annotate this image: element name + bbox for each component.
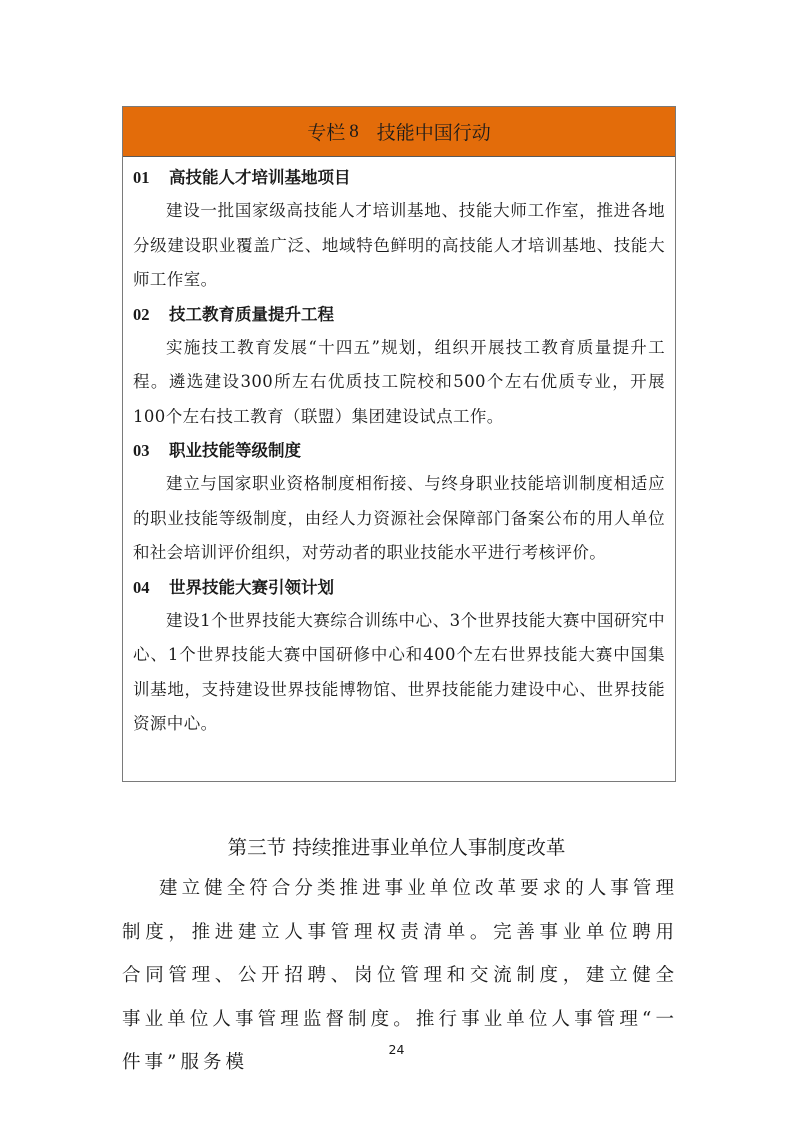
- item-title-text: 高技能人才培训基地项目: [169, 161, 351, 194]
- item-code: 01: [133, 161, 169, 194]
- item-code: 03: [133, 434, 169, 467]
- feature-box: 专栏 8 技能中国行动 01 高技能人才培训基地项目 建设一批国家级高技能人才培…: [122, 106, 676, 782]
- item-title: 01 高技能人才培训基地项目: [133, 161, 665, 194]
- feature-box-number: 8: [349, 121, 359, 143]
- item-title-text: 技工教育质量提升工程: [169, 298, 334, 331]
- item-title-text: 职业技能等级制度: [169, 434, 301, 467]
- item-text: 建设1个世界技能大赛综合训练中心、3个世界技能大赛中国研究中心、1个世界技能大赛…: [133, 604, 665, 742]
- page-number: 24: [0, 1042, 793, 1057]
- item-title: 02 技工教育质量提升工程: [133, 298, 665, 331]
- feature-box-header: 专栏 8 技能中国行动: [123, 107, 675, 157]
- box-item: 03 职业技能等级制度 建立与国家职业资格制度相衔接、与终身职业技能培训制度相适…: [133, 434, 665, 571]
- box-item: 01 高技能人才培训基地项目 建设一批国家级高技能人才培训基地、技能大师工作室，…: [133, 161, 665, 298]
- item-text: 建设一批国家级高技能人才培训基地、技能大师工作室，推进各地分级建设职业覆盖广泛、…: [133, 194, 665, 298]
- item-code: 02: [133, 298, 169, 331]
- item-text: 建立与国家职业资格制度相衔接、与终身职业技能培训制度相适应的职业技能等级制度，由…: [133, 467, 665, 571]
- item-title-text: 世界技能大赛引领计划: [169, 571, 334, 604]
- item-code: 04: [133, 571, 169, 604]
- item-text: 实施技工教育发展“十四五”规划，组织开展技工教育质量提升工程。遴选建设300所左…: [133, 331, 665, 435]
- section-heading: 第三节 持续推进事业单位人事制度改革: [0, 832, 793, 860]
- feature-box-body: 01 高技能人才培训基地项目 建设一批国家级高技能人才培训基地、技能大师工作室，…: [123, 157, 675, 742]
- feature-box-title: 技能中国行动: [377, 118, 491, 145]
- item-title: 03 职业技能等级制度: [133, 434, 665, 467]
- feature-box-prefix: 专栏: [307, 118, 345, 145]
- box-item: 02 技工教育质量提升工程 实施技工教育发展“十四五”规划，组织开展技工教育质量…: [133, 298, 665, 435]
- item-title: 04 世界技能大赛引领计划: [133, 571, 665, 604]
- box-item: 04 世界技能大赛引领计划 建设1个世界技能大赛综合训练中心、3个世界技能大赛中…: [133, 571, 665, 742]
